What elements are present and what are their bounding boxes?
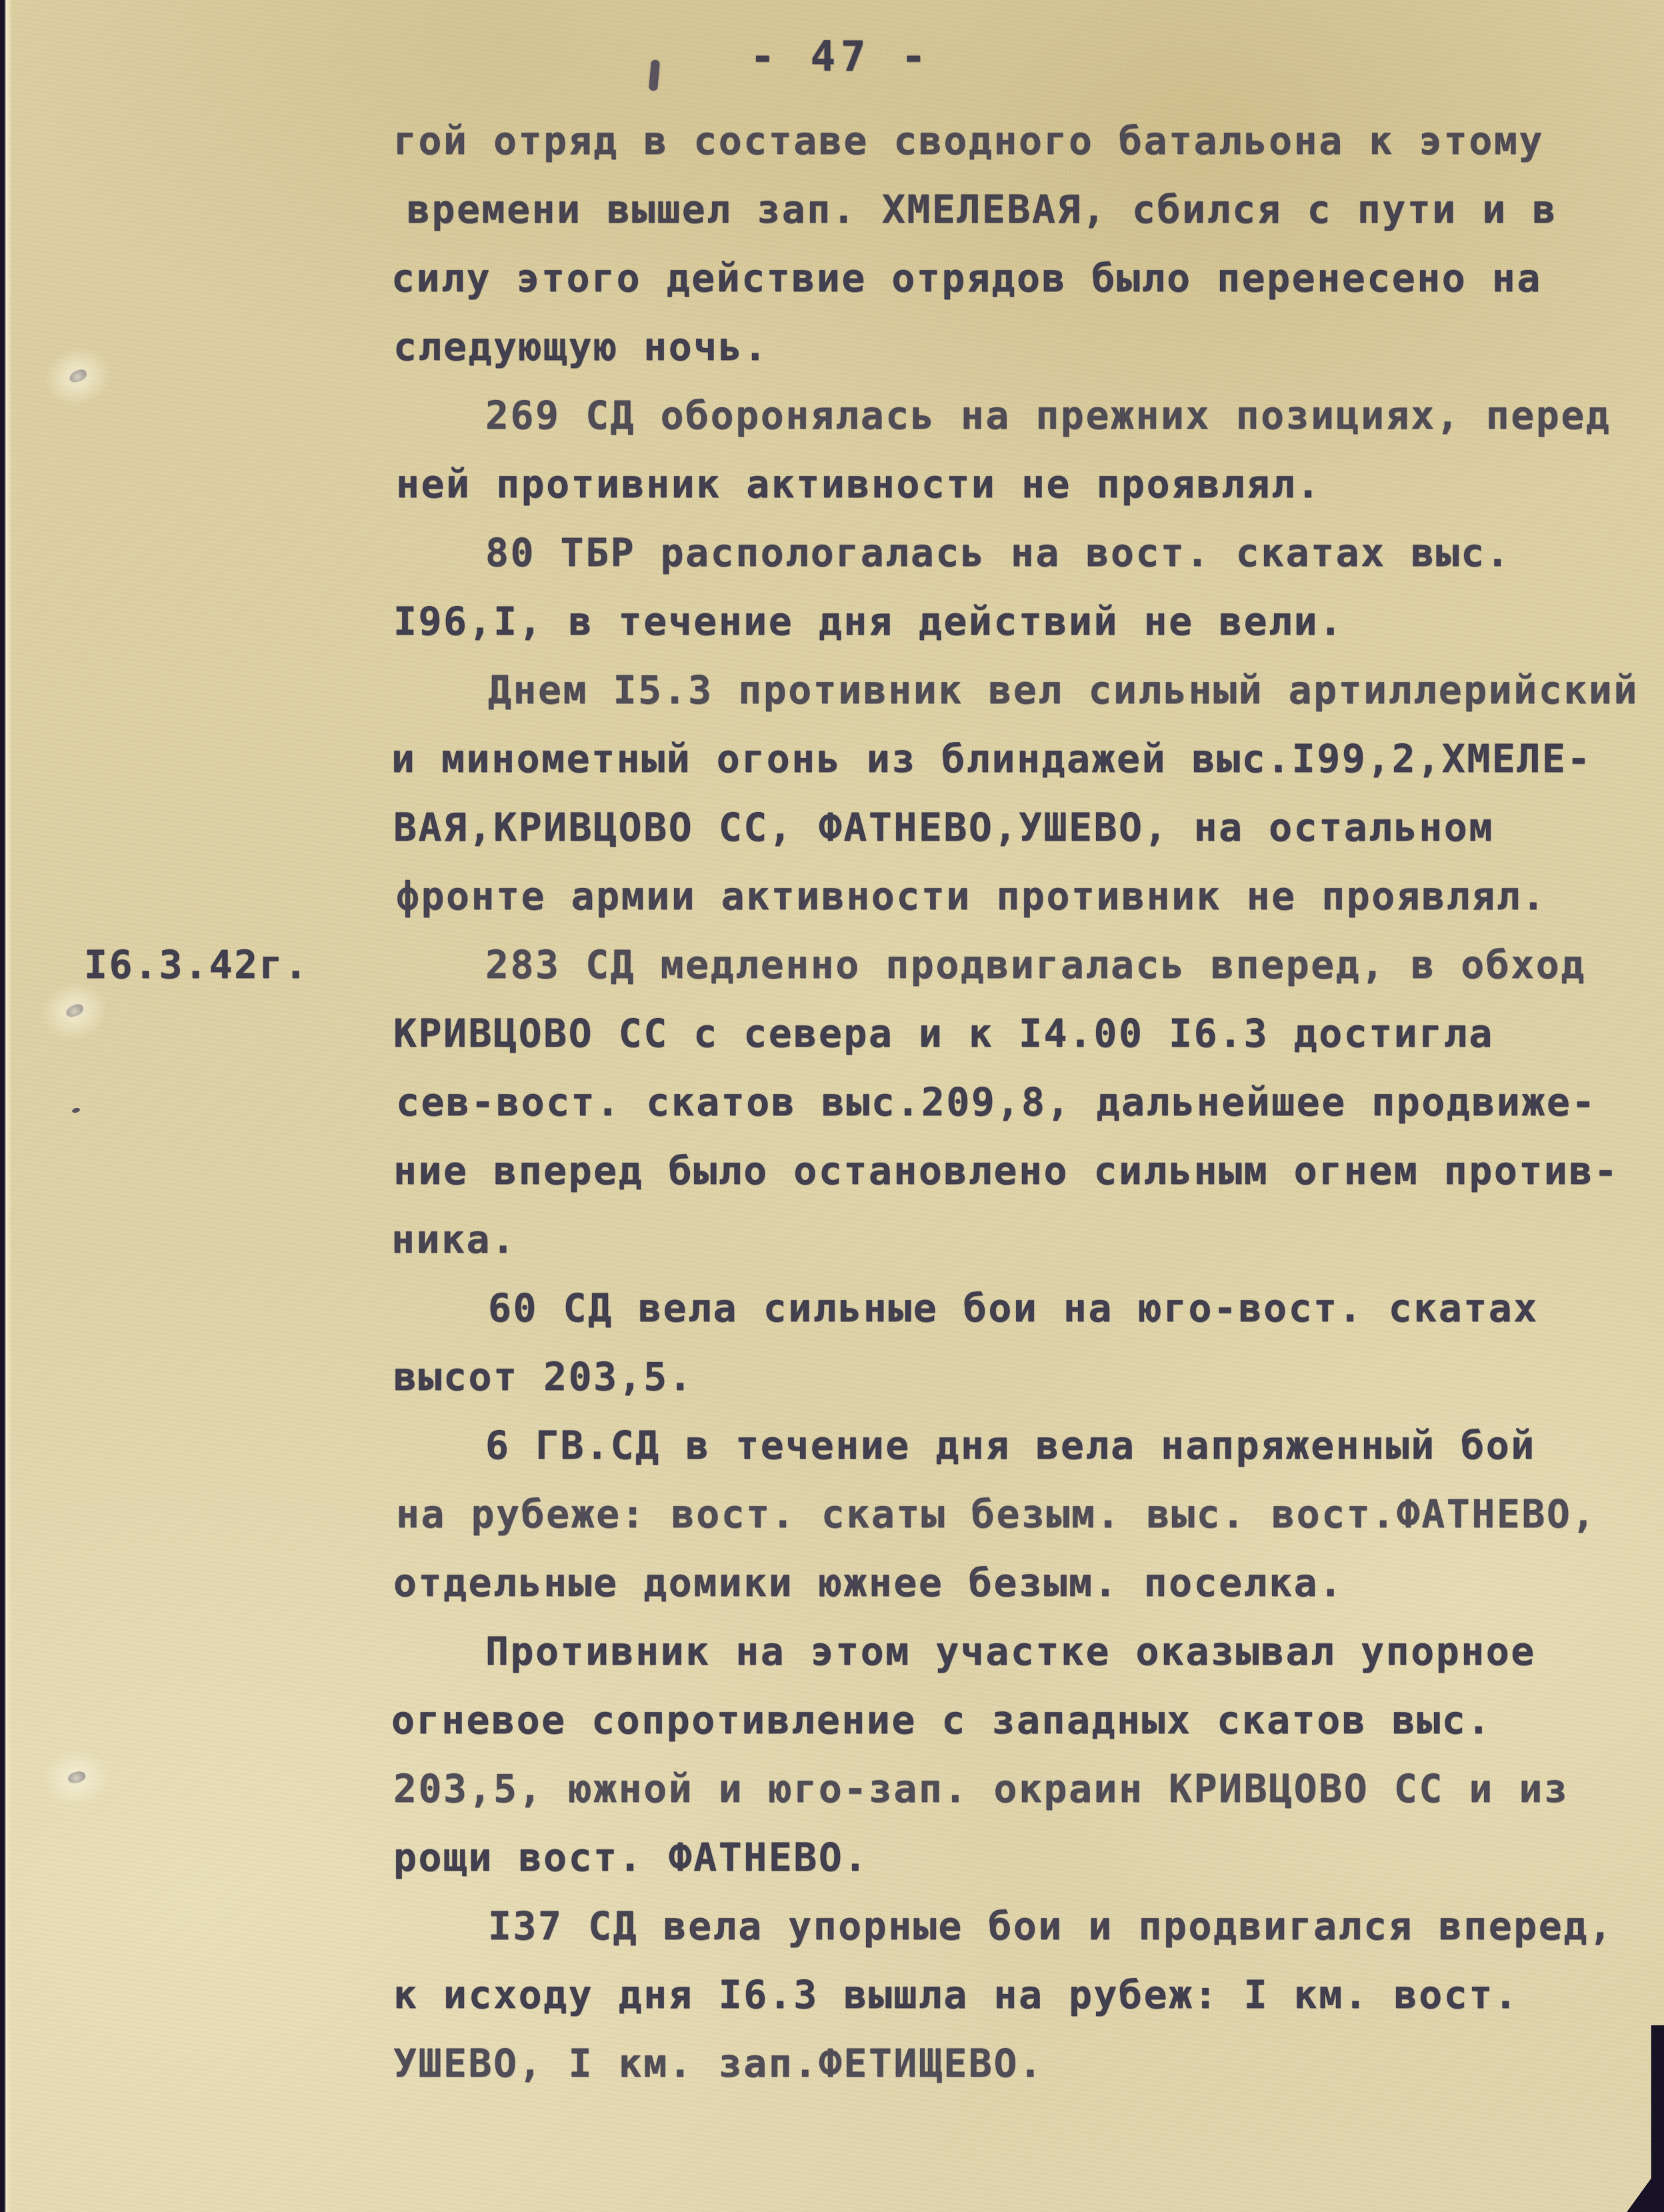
text-line: КРИВЦОВО СС с севера и к I4.00 I6.3 дост… — [393, 999, 1647, 1068]
text-line: 269 СД оборонялась на прежних позициях, … — [393, 381, 1647, 450]
document-page: - 47 - I6.3.42г. гой отряд в составе сво… — [0, 0, 1664, 2212]
punch-hole — [67, 1771, 86, 1783]
text-line: огневое сопротивление с западных скатов … — [391, 1686, 1645, 1755]
ink-speck — [71, 1107, 80, 1114]
text-line: к исходу дня I6.3 вышла на рубеж: I км. … — [393, 1961, 1647, 2029]
scanner-edge — [0, 0, 12, 2212]
margin-date-note: I6.3.42г. — [84, 931, 309, 999]
text-line: I96,I, в течение дня действий не вели. — [393, 587, 1647, 656]
text-line: УШЕВО, I км. зап.ФЕТИЩЕВО. — [393, 2029, 1647, 2098]
text-line: Днем I5.3 противник вел сильный артиллер… — [396, 656, 1649, 725]
text-line: следующую ночь. — [393, 313, 1647, 381]
text-line: отдельные домики южнее безым. поселка. — [393, 1549, 1647, 1617]
text-line: гой отряд в составе сводного батальона к… — [393, 107, 1647, 175]
typewritten-text-block: гой отряд в составе сводного батальона к… — [393, 107, 1647, 2098]
text-line: силу этого действие отрядов было перенес… — [391, 244, 1645, 313]
text-line: ника. — [391, 1205, 1645, 1274]
text-line: ВАЯ,КРИВЦОВО СС, ФАТНЕВО,УШЕВО, на остал… — [393, 793, 1647, 862]
text-line: рощи вост. ФАТНЕВО. — [393, 1823, 1647, 1892]
text-line: 203,5, южной и юго-зап. окраин КРИВЦОВО … — [393, 1755, 1647, 1823]
text-line: времени вышел зап. ХМЕЛЕВАЯ, сбился с пу… — [407, 175, 1660, 244]
punch-hole — [68, 368, 88, 383]
text-line: на рубеже: вост. скаты безым. выс. вост.… — [396, 1480, 1649, 1549]
text-line: Противник на этом участке оказывал упорн… — [393, 1617, 1647, 1686]
page-number: - 47 - — [750, 32, 931, 81]
text-line: ней противник активности не проявлял. — [396, 450, 1649, 519]
text-line: 283 СД медленно продвигалась вперед, в о… — [393, 931, 1647, 999]
punch-hole — [65, 1003, 85, 1018]
text-line: ние вперед было остановлено сильным огне… — [393, 1137, 1647, 1205]
ink-mark — [649, 60, 660, 91]
text-line: I37 СД вела упорные бои и продвигался вп… — [396, 1892, 1649, 1961]
text-line: и минометный огонь из блиндажей выс.I99,… — [391, 725, 1645, 793]
text-line: сев-вост. скатов выс.209,8, дальнейшее п… — [396, 1068, 1649, 1137]
text-line: высот 203,5. — [393, 1343, 1647, 1411]
text-line: 6 ГВ.СД в течение дня вела напряженный б… — [393, 1411, 1647, 1480]
text-line: 80 ТБР распологалась на вост. скатах выс… — [393, 519, 1647, 587]
text-line: 60 СД вела сильные бои на юго-вост. скат… — [396, 1274, 1649, 1343]
text-line: фронте армии активности противник не про… — [396, 862, 1649, 931]
